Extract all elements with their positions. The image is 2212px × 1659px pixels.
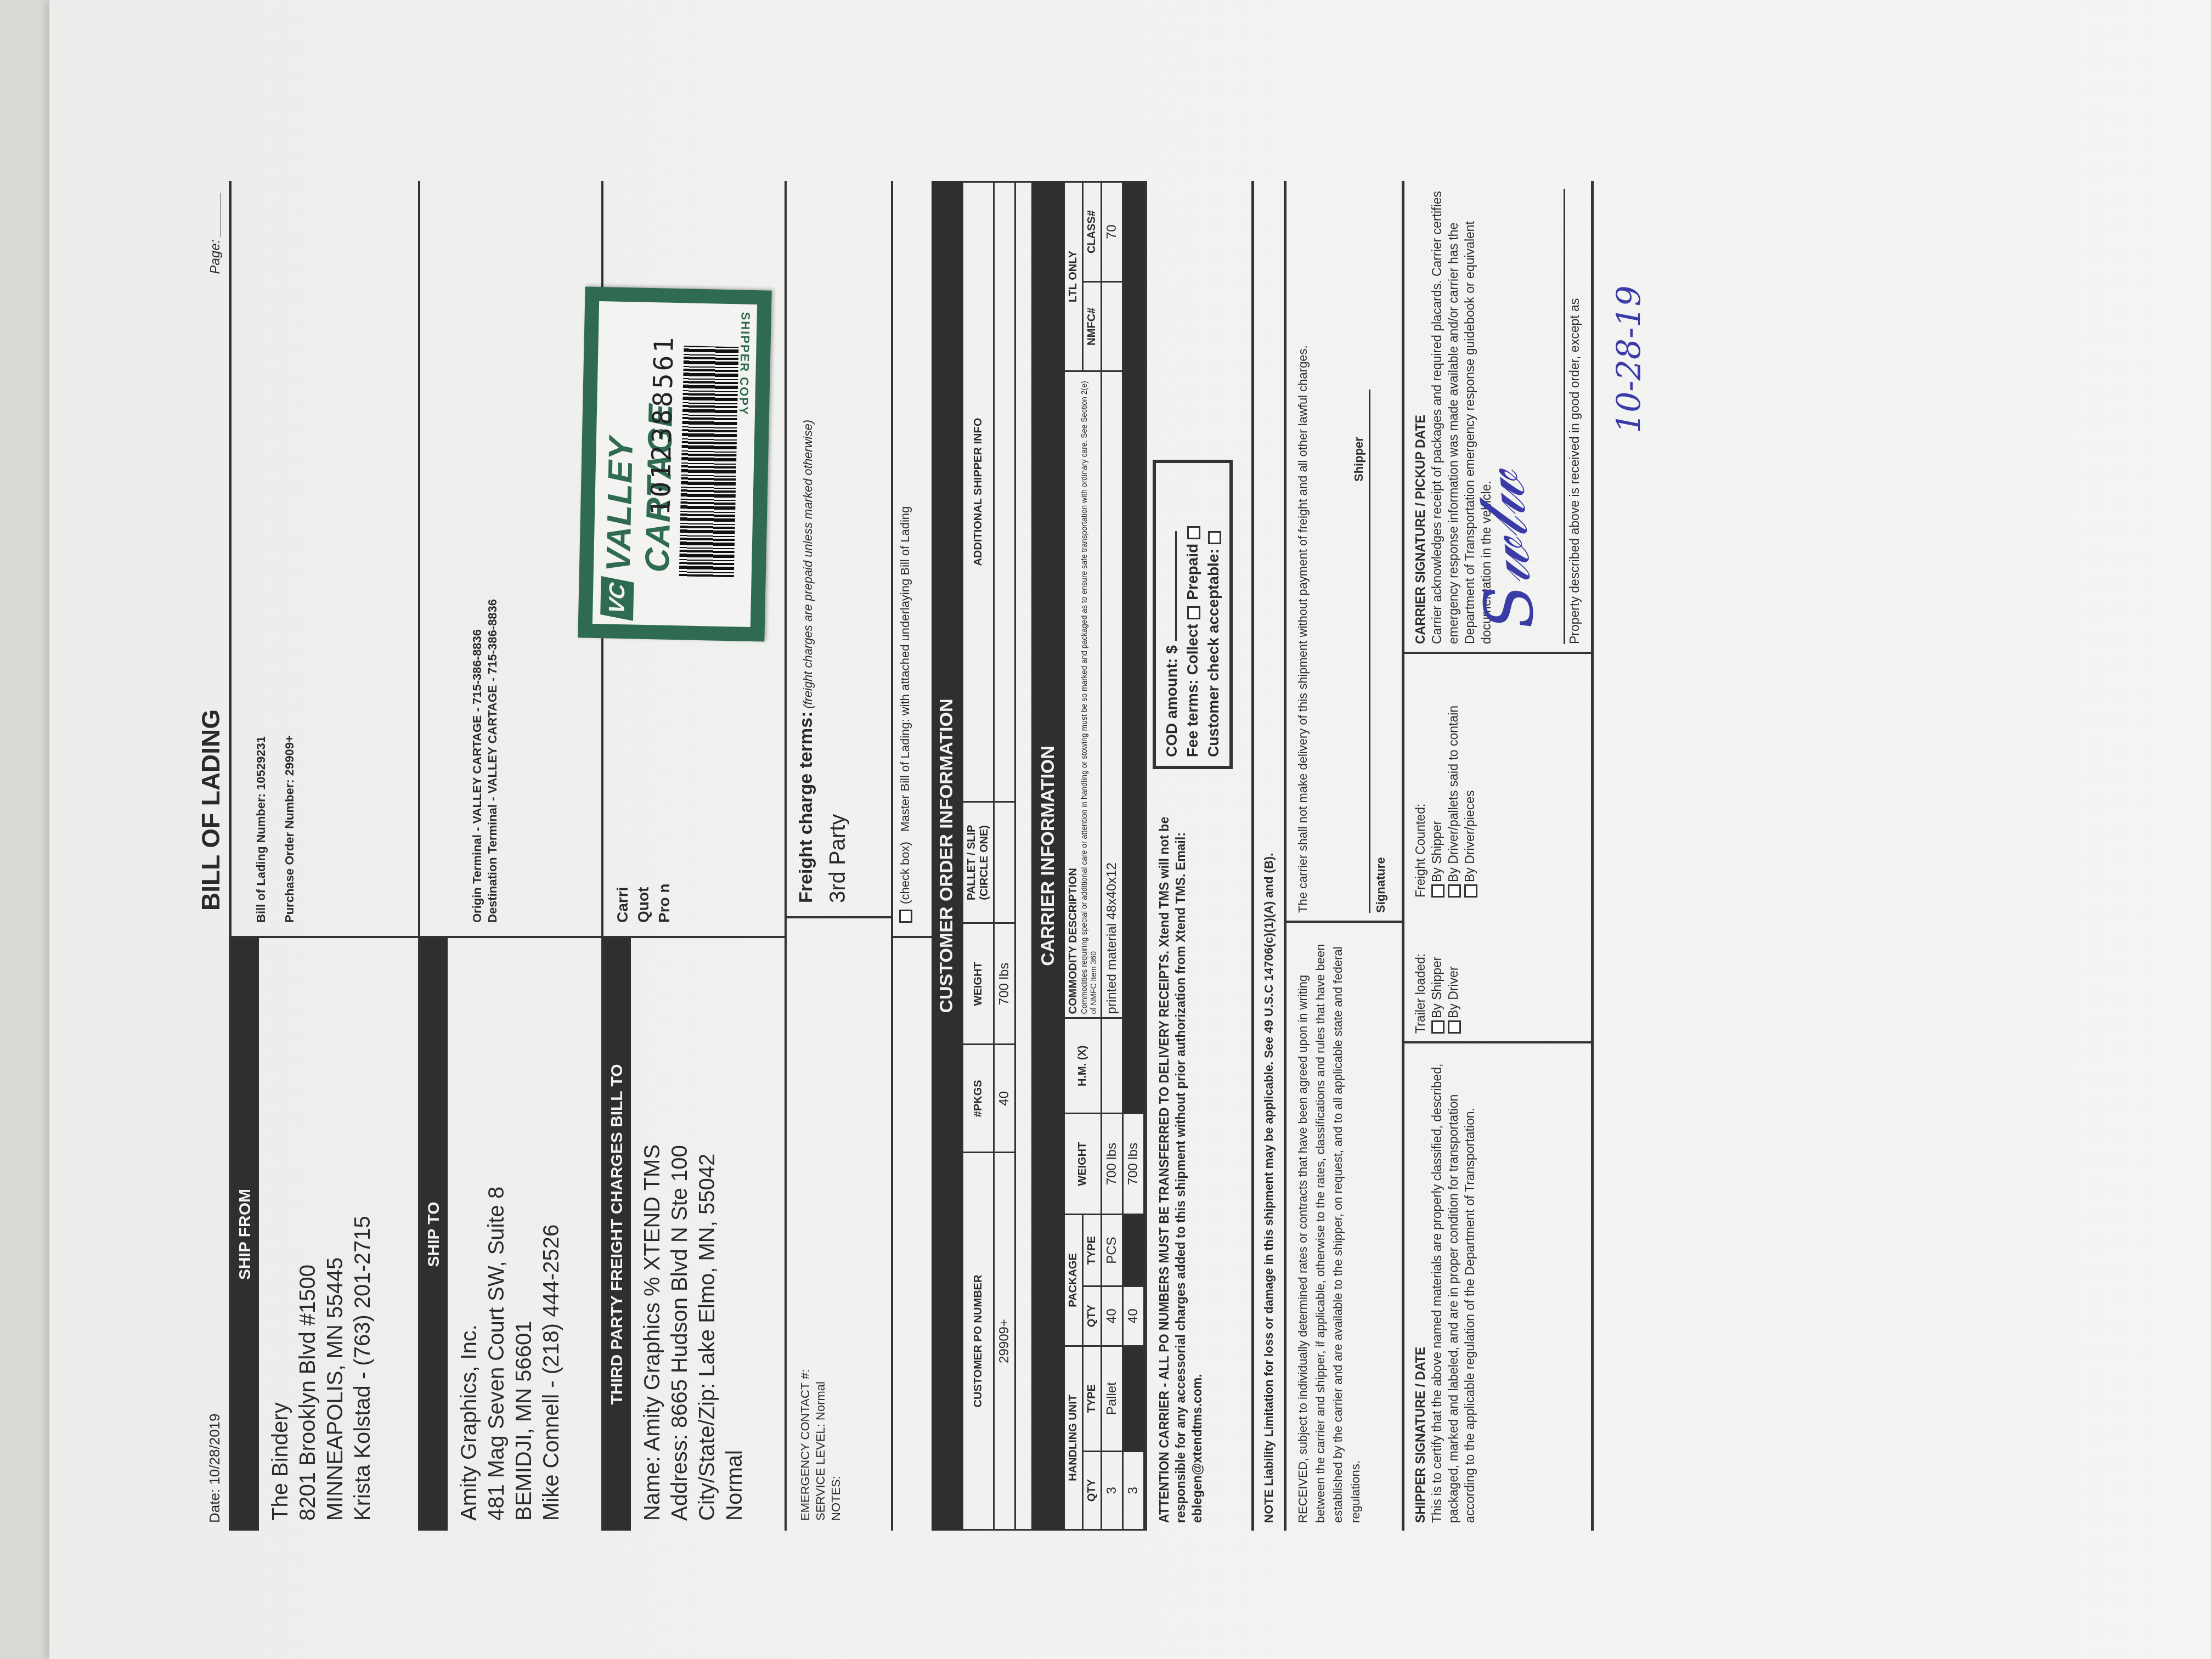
- vc-logo-icon: VC: [600, 576, 634, 621]
- master-bol-spacer: [893, 936, 932, 1531]
- third-party-row: THIRD PARTY FREIGHT CHARGES BILL TO Name…: [601, 181, 785, 1531]
- trailer-by-shipper-checkbox[interactable]: [1431, 1020, 1444, 1034]
- master-bol-row: (check box) Master Bill of Lading: with …: [891, 181, 932, 1531]
- ship-from-city: MINNEAPOLIS, MN 55445: [321, 948, 349, 1521]
- col-hu-qty: QTY: [1083, 1451, 1102, 1530]
- carrier-certification: CARRIER SIGNATURE / PICKUP DATE Carrier …: [1404, 181, 1591, 652]
- prepaid-checkbox[interactable]: [1187, 526, 1200, 539]
- group-package: PACKAGE: [1064, 1215, 1083, 1346]
- ship-to-city: BEMIDJI, MN 56601: [510, 948, 538, 1521]
- col-additional-info: ADDITIONAL SHIPPER INFO: [963, 182, 994, 802]
- col-weight: WEIGHT: [963, 923, 994, 1045]
- col-customer-po: CUSTOMER PO NUMBER: [963, 1153, 994, 1530]
- col-pkgs: #PKGS: [963, 1045, 994, 1153]
- master-bol-text: Master Bill of Lading: with attached und…: [898, 506, 912, 832]
- cell-hu-qty: 3: [1102, 1451, 1123, 1530]
- col-pallet-slip: PALLET / SLIP (CIRCLE ONE): [963, 802, 994, 923]
- delivery-text: The carrier shall not make delivery of t…: [1294, 189, 1312, 913]
- cell-pkg-type: PCS: [1102, 1215, 1123, 1286]
- attention-note: ATTENTION CARRIER - ALL PO NUMBERS MUST …: [1147, 775, 1251, 1531]
- bol-number: 10529231: [254, 736, 268, 790]
- cell-nmfc: [1102, 282, 1123, 371]
- carrier-signature: S𝓌𝓁𝓌: [1492, 471, 1520, 630]
- cod-section: COD amount: $ Fee terms: Collect Prepaid…: [1147, 181, 1251, 775]
- notes: NOTES:: [828, 928, 844, 1521]
- total-weight: 700 lbs: [1123, 1113, 1144, 1214]
- shipper-cert-text: This is to certify that the above named …: [1429, 1051, 1478, 1523]
- third-party-city: City/State/Zip: Lake Elmo, MN, 55042: [693, 948, 721, 1521]
- bol-number-label: Bill of Lading Number:: [254, 793, 268, 923]
- shipper-label: Shipper: [1350, 437, 1368, 482]
- signature-label: Signature: [1372, 857, 1390, 913]
- po-number: 29909+: [283, 735, 296, 776]
- page-label: Page:: [208, 240, 223, 274]
- customer-check-label: Customer check acceptable:: [1205, 549, 1222, 757]
- signatures-row: SHIPPER SIGNATURE / DATE This is to cert…: [1402, 181, 1594, 1531]
- emergency-contact: EMERGENCY CONTACT #:: [798, 928, 813, 1521]
- form-header: Date: 10/28/2019 BILL OF LADING Page: __…: [189, 181, 232, 1531]
- ship-to-header: SHIP TO: [420, 938, 448, 1531]
- delivery-section: The carrier shall not make delivery of t…: [1286, 181, 1402, 921]
- freight-terms-note: (freight charges are prepaid unless mark…: [801, 420, 815, 709]
- master-bol-checkbox[interactable]: [899, 910, 912, 923]
- ship-from-contact: Krista Kolstad - (763) 201-2715: [349, 948, 376, 1521]
- third-party-address: Name: Amity Graphics % XTEND TMS Address…: [631, 938, 756, 1531]
- carrier-info-header: CARRIER INFORMATION: [1033, 181, 1063, 1531]
- col-weight: WEIGHT: [1064, 1113, 1102, 1214]
- third-party-header: THIRD PARTY FREIGHT CHARGES BILL TO: [603, 938, 631, 1531]
- freight-counted-section: Freight Counted: By Shipper By Driver/pa…: [1404, 652, 1591, 905]
- page-field: Page: ______: [208, 192, 223, 274]
- total-hu-qty: 3: [1123, 1451, 1144, 1530]
- total-pkg-qty: 40: [1123, 1286, 1144, 1346]
- ship-from-header: SHIP FROM: [232, 938, 259, 1531]
- cell-po: 29909+: [994, 1153, 1015, 1530]
- date-field: Date: 10/28/2019: [206, 1413, 223, 1523]
- liability-note: NOTE Liability Limitation for loss or da…: [1251, 181, 1286, 1531]
- attention-row: ATTENTION CARRIER - ALL PO NUMBERS MUST …: [1145, 181, 1251, 1531]
- customer-check-checkbox[interactable]: [1208, 532, 1221, 545]
- total-blank: [1123, 182, 1144, 1114]
- cell-pkg-qty: 40: [1102, 1286, 1123, 1346]
- cell-additional: [994, 182, 1015, 802]
- bill-of-lading-form: Date: 10/28/2019 BILL OF LADING Page: __…: [189, 181, 1605, 1531]
- table-row: 3 Pallet 40 PCS 700 lbs printed material…: [1102, 182, 1123, 1530]
- total-blank: [1123, 1215, 1144, 1286]
- trailer-by-driver-label: By Driver: [1446, 966, 1460, 1018]
- shipper-certification: SHIPPER SIGNATURE / DATE This is to cert…: [1404, 1041, 1591, 1531]
- ship-to-address: Amity Graphics, Inc. 481 Mag Seven Court…: [448, 938, 573, 1531]
- ship-from-street: 8201 Brooklyn Blvd #1500: [294, 948, 321, 1521]
- fee-terms-label: Fee terms:: [1184, 679, 1201, 757]
- col-class: CLASS#: [1083, 182, 1102, 282]
- counted-by-shipper-checkbox[interactable]: [1431, 884, 1444, 898]
- ship-to-row: SHIP TO Amity Graphics, Inc. 481 Mag Sev…: [418, 181, 601, 1531]
- date-label: Date:: [206, 1489, 223, 1523]
- col-hm: H.M. (X): [1064, 1018, 1102, 1114]
- cell-commodity: printed material 48x40x12: [1102, 371, 1123, 1018]
- group-handling-unit: HANDLING UNIT: [1064, 1346, 1083, 1530]
- cell-class: 70: [1102, 182, 1123, 282]
- received-row: RECEIVED, subject to individually determ…: [1286, 181, 1402, 1531]
- col-pkg-qty: QTY: [1083, 1286, 1102, 1346]
- date-value: 10/28/2019: [206, 1413, 223, 1485]
- ship-to-section: SHIP TO Amity Graphics, Inc. 481 Mag Sev…: [420, 936, 601, 1531]
- col-commodity: COMMODITY DESCRIPTION Commodities requir…: [1064, 371, 1102, 1018]
- carrier-fields: Carri Quot Pro n VC VALLEY CARTAGE 10123…: [603, 181, 785, 936]
- freight-counted-label: Freight Counted:: [1412, 662, 1429, 898]
- ship-to-name: Amity Graphics, Inc.: [455, 948, 483, 1521]
- service-level: SERVICE LEVEL: Normal: [813, 928, 828, 1521]
- barcode-icon: [679, 346, 739, 577]
- shipper-copy-label: SHIPPER COPY: [736, 312, 753, 416]
- terms-row: EMERGENCY CONTACT #: SERVICE LEVEL: Norm…: [785, 181, 891, 1531]
- received-text: RECEIVED, subject to individually determ…: [1286, 921, 1402, 1531]
- customer-order-header: CUSTOMER ORDER INFORMATION: [932, 181, 962, 1531]
- trailer-loaded-section: Trailer loaded: By Shipper By Driver: [1404, 905, 1591, 1041]
- carrier-info-table: HANDLING UNIT PACKAGE WEIGHT H.M. (X) CO…: [1063, 181, 1145, 1531]
- ship-from-section: SHIP FROM The Bindery 8201 Brooklyn Blvd…: [232, 936, 418, 1531]
- counted-pieces-label: By Driver/pieces: [1463, 791, 1477, 882]
- shipper-cert-title: SHIPPER SIGNATURE / DATE: [1412, 1051, 1429, 1523]
- ship-to-street: 481 Mag Seven Court SW, Suite 8: [483, 948, 510, 1521]
- origin-terminal: Origin Terminal - VALLEY CARTAGE - 715-3…: [470, 194, 485, 923]
- collect-label: Collect: [1184, 624, 1201, 675]
- group-ltl-only: LTL ONLY: [1064, 182, 1083, 371]
- cell-weight: 700 lbs: [1102, 1113, 1123, 1214]
- third-party-street: Address: 8665 Hudson Blvd N Ste 100: [666, 948, 693, 1521]
- third-party-name: Name: Amity Graphics % XTEND TMS: [639, 948, 666, 1521]
- commodity-header: COMMODITY DESCRIPTION: [1067, 375, 1080, 1014]
- table-row: 29909+ 40 700 lbs: [994, 182, 1015, 1530]
- customer-order-table: CUSTOMER PO NUMBER #PKGS WEIGHT PALLET /…: [962, 181, 1033, 1531]
- customer-order-section: CUSTOMER ORDER INFORMATION CUSTOMER PO N…: [932, 181, 1033, 1531]
- counted-pallets-label: By Driver/pallets said to contain: [1446, 706, 1460, 882]
- sticker-pro-number: 1012388561: [645, 335, 680, 516]
- collect-checkbox[interactable]: [1187, 606, 1200, 619]
- carrier-info-section: CARRIER INFORMATION HANDLING UNIT PACKAG…: [1033, 181, 1145, 1531]
- shipper-signature-line[interactable]: [1369, 390, 1370, 913]
- cell-hm: [1102, 1018, 1123, 1114]
- ship-from-address: The Bindery 8201 Brooklyn Blvd #1500 MIN…: [259, 938, 384, 1531]
- emergency-section: EMERGENCY CONTACT #: SERVICE LEVEL: Norm…: [787, 916, 891, 1531]
- ship-to-contact: Mike Connell - (218) 444-2526: [538, 948, 565, 1521]
- valley-cartage-sticker: VC VALLEY CARTAGE 1012388561 SHIPPER COP…: [578, 287, 771, 642]
- carrier-cert-footer: Property described above is received in …: [1564, 189, 1583, 644]
- counted-pieces-checkbox[interactable]: [1464, 884, 1477, 898]
- master-bol-section: (check box) Master Bill of Lading: with …: [893, 181, 932, 936]
- freight-terms-value: 3rd Party: [826, 194, 850, 903]
- ship-from-name: The Bindery: [267, 948, 294, 1521]
- col-pkg-type: TYPE: [1083, 1215, 1102, 1286]
- cell-hu-type: Pallet: [1102, 1346, 1123, 1451]
- carrier-cert-title: CARRIER SIGNATURE / PICKUP DATE: [1412, 189, 1429, 644]
- prepaid-label: Prepaid: [1184, 544, 1201, 600]
- ship-from-row: SHIP FROM The Bindery 8201 Brooklyn Blvd…: [232, 181, 418, 1531]
- document-title: BILL OF LADING: [196, 709, 225, 911]
- freight-terms-label: Freight charge terms:: [795, 711, 816, 903]
- cell-pkgs: 40: [994, 1045, 1015, 1153]
- total-blank: [1123, 1346, 1144, 1451]
- handwritten-pickup-date: 10-28-19: [1610, 285, 1649, 433]
- destination-terminal: Destination Terminal - VALLEY CARTAGE - …: [485, 194, 500, 923]
- check-box-hint: (check box): [898, 842, 912, 904]
- counted-by-shipper-label: By Shipper: [1430, 820, 1444, 882]
- counted-pallets-checkbox[interactable]: [1448, 884, 1461, 898]
- totals-row: 3 40 700 lbs: [1123, 182, 1144, 1530]
- cell-pallet-slip: [994, 802, 1015, 923]
- freight-terms-section: Freight charge terms: (freight charges a…: [787, 181, 891, 916]
- cell-weight: 700 lbs: [994, 923, 1015, 1045]
- paper-sheet: Date: 10/28/2019 BILL OF LADING Page: __…: [49, 0, 2211, 1659]
- trailer-by-shipper-label: By Shipper: [1430, 956, 1444, 1018]
- third-party-service: Normal: [721, 948, 748, 1521]
- cod-amount-field[interactable]: [1175, 531, 1177, 641]
- trailer-by-driver-checkbox[interactable]: [1448, 1020, 1461, 1034]
- col-hu-type: TYPE: [1083, 1346, 1102, 1451]
- reference-numbers: Bill of Lading Number: 10529231 Purchase…: [232, 181, 418, 936]
- po-number-label: Purchase Order Number:: [283, 779, 296, 923]
- trailer-loaded-label: Trailer loaded:: [1412, 913, 1429, 1034]
- terminals-section: Origin Terminal - VALLEY CARTAGE - 715-3…: [420, 181, 601, 936]
- cod-amount-label: COD amount: $: [1163, 645, 1180, 757]
- commodity-note: Commodities requiring special or additio…: [1080, 375, 1098, 1014]
- third-party-section: THIRD PARTY FREIGHT CHARGES BILL TO Name…: [603, 936, 785, 1531]
- col-nmfc: NMFC#: [1083, 282, 1102, 371]
